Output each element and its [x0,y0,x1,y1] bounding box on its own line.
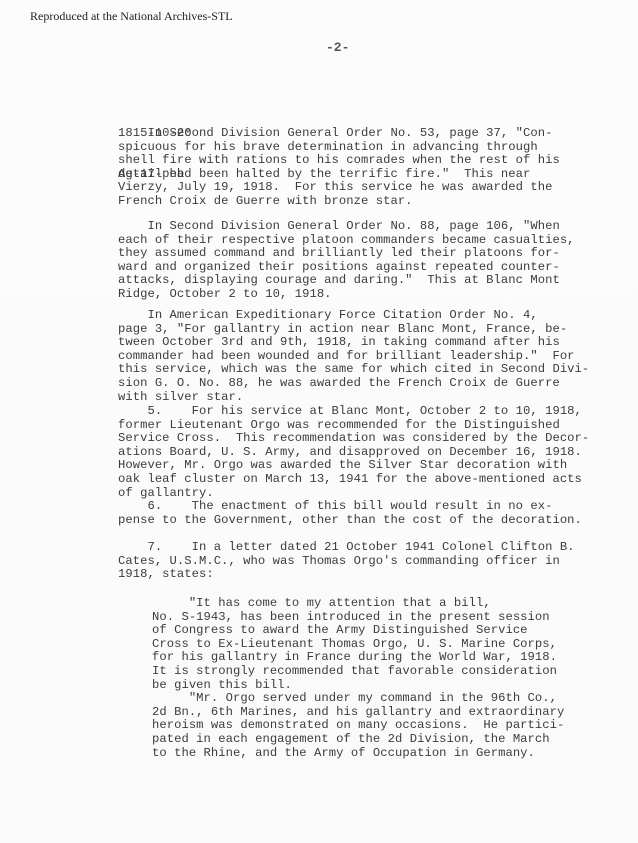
text-line: ations Board, U. S. Army, and disapprove… [118,446,589,460]
text-line: oak leaf cluster on March 13, 1941 for t… [118,473,589,487]
quote-line: 2d Bn., 6th Marines, and his gallantry a… [152,706,564,720]
text-line: However, Mr. Orgo was awarded the Silver… [118,459,589,473]
text-line: In Second Division General Order No. 88,… [118,220,575,234]
text-line: 7. In a letter dated 21 October 1941 Col… [118,541,575,555]
quote-line: No. S-1943, has been introduced in the p… [152,611,564,625]
text-line: each of their respective platoon command… [118,234,575,248]
quote-line: pated in each engagement of the 2d Divis… [152,733,564,747]
quote-line: "It has come to my attention that a bill… [152,597,564,611]
paragraph-citation-go88: In Second Division General Order No. 88,… [118,220,575,302]
quote-line: for his gallantry in France during the W… [152,651,564,665]
paragraph-6-cost: 6. The enactment of this bill would resu… [118,500,582,527]
quote-line: of Congress to award the Army Distinguis… [152,624,564,638]
quoted-letter: "It has come to my attention that a bill… [152,597,564,760]
text-line: this service, which was the same for whi… [118,363,589,377]
text-line: Service Cross. This recommendation was c… [118,432,589,446]
document-page: Reproduced at the National Archives-STL … [0,0,638,843]
text-line: 1918, states: [118,568,575,582]
text-line: they assumed command and brilliantly led… [118,247,575,261]
text-line: pense to the Government, other than the … [118,514,582,528]
quote-line: "Mr. Orgo served under my command in the… [152,692,564,706]
text-line: detail had been halted by the terrific f… [118,168,560,182]
paragraph-citation-go53: In Second Division General Order No. 53,… [118,127,560,209]
text-line: shell fire with rations to his comrades … [118,154,560,168]
text-line: ward and organized their positions again… [118,261,575,275]
text-line: attacks, displaying courage and daring."… [118,274,575,288]
quote-line: heroism was demonstrated on many occasio… [152,719,564,733]
text-line: In American Expeditionary Force Citation… [118,309,589,323]
paragraph-citation-aef: In American Expeditionary Force Citation… [118,309,589,404]
quote-line: to the Rhine, and the Army of Occupation… [152,747,564,761]
text-line: Ridge, October 2 to 10, 1918. [118,288,575,302]
text-line: page 3, "For gallantry in action near Bl… [118,323,589,337]
text-line: spicuous for his brave determination in … [118,141,560,155]
quote-line: It is strongly recommended that favorabl… [152,665,564,679]
text-line: commander had been wounded and for brill… [118,350,589,364]
quote-line: Cross to Ex-Lieutenant Thomas Orgo, U. S… [152,638,564,652]
text-line: Vierzy, July 19, 1918. For this service … [118,181,560,195]
text-line: French Croix de Guerre with bronze star. [118,195,560,209]
page-number: -2- [326,40,349,55]
text-line: 6. The enactment of this bill would resu… [118,500,582,514]
text-line: Cates, U.S.M.C., who was Thomas Orgo's c… [118,555,575,569]
archive-stamp: Reproduced at the National Archives-STL [30,9,233,24]
paragraph-5-dsc-recommendation: 5. For his service at Blanc Mont, Octobe… [118,405,589,500]
text-line: with silver star. [118,391,589,405]
quote-line: be given this bill. [152,679,564,693]
text-line: tween October 3rd and 9th, 1918, in taki… [118,336,589,350]
text-line: 5. For his service at Blanc Mont, Octobe… [118,405,589,419]
text-line: former Lieutenant Orgo was recommended f… [118,419,589,433]
text-line: sion G. O. No. 88, he was awarded the Fr… [118,377,589,391]
text-line: In Second Division General Order No. 53,… [118,127,560,141]
paragraph-7-letter: 7. In a letter dated 21 October 1941 Col… [118,541,575,582]
